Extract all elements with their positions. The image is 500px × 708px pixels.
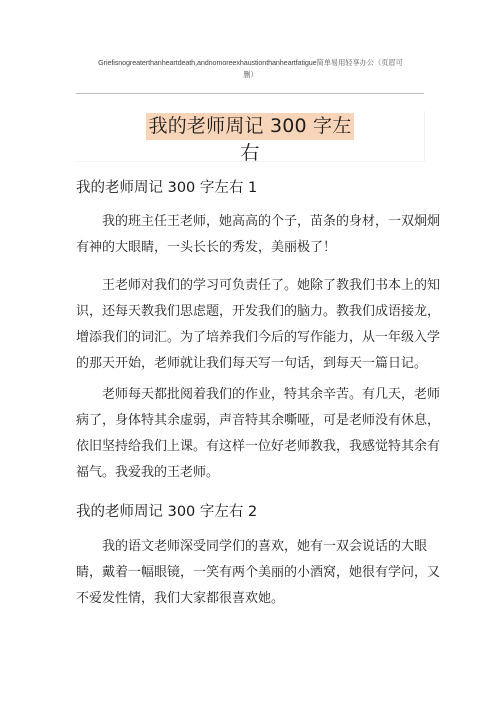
- paragraph-1-3: 老师每天都批阅着我们的作业，特其余辛苦。有几天，老师 病了，身体特其余虚弱，声音…: [76, 382, 426, 486]
- paragraph-line: 病了，身体特其余虚弱，声音特其余嘶哑，可是老师没有休息，: [76, 408, 426, 434]
- section-heading-1: 我的老师周记 300 字左右 1: [76, 178, 257, 198]
- paragraph-line: 睛，戴着一幅眼镜，一笑有两个美丽的小酒窝，她很有学问，又: [76, 560, 426, 586]
- paragraph-line: 老师每天都批阅着我们的作业，特其余辛苦。有几天，老师: [76, 382, 426, 408]
- header-english-text: Griefisnogreaterthanheartdeath,andnomore…: [98, 58, 316, 67]
- paragraph-2-1: 我的语文老师深受同学们的喜欢，她有一双会说话的大眼 睛，戴着一幅眼镜，一笑有两个…: [76, 534, 426, 612]
- paragraph-line: 我的班主任王老师，她高高的个子，苗条的身材，一双炯炯: [76, 209, 426, 235]
- header-divider: [76, 93, 424, 94]
- paragraph-line: 我的语文老师深受同学们的喜欢，她有一双会说话的大眼: [76, 534, 426, 560]
- document-title: 我的老师周记 300 字左右: [146, 113, 354, 140]
- paragraph-line: 的那天开始，老师就让我们每天写一句话，到每天一篇日记。: [76, 351, 426, 377]
- paragraph-line: 有神的大眼睛，一头长长的秀发，美丽极了！: [76, 235, 426, 261]
- paragraph-line: 识，还每天教我们思虑题，开发我们的脑力。教我们成语接龙，: [76, 299, 426, 325]
- paragraph-line: 增添我们的词汇。为了培养我们今后的写作能力，从一年级入学: [76, 325, 426, 351]
- section-heading-2: 我的老师周记 300 字左右 2: [76, 502, 257, 522]
- document-page: Griefisnogreaterthanheartdeath,andnomore…: [0, 0, 500, 708]
- page-header: Griefisnogreaterthanheartdeath,andnomore…: [78, 57, 423, 81]
- paragraph-1-1: 我的班主任王老师，她高高的个子，苗条的身材，一双炯炯 有神的大眼睛，一头长长的秀…: [76, 209, 426, 261]
- paragraph-line: 王老师对我们的学习可负责任了。她除了教我们书本上的知: [76, 273, 426, 299]
- paragraph-line: 依旧坚持给我们上课。有这样一位好老师教我，我感觉特其余有: [76, 434, 426, 460]
- header-chinese-text-line2: 删）: [243, 70, 257, 79]
- paragraph-1-2: 王老师对我们的学习可负责任了。她除了教我们书本上的知 识，还每天教我们思虑题，开…: [76, 273, 426, 377]
- paragraph-line: 不爱发性情，我们大家都很喜欢她。: [76, 586, 426, 612]
- header-chinese-text: 简单易用轻享办公（页眉可: [317, 58, 403, 67]
- paragraph-line: 福气。我爱我的王老师。: [76, 460, 426, 486]
